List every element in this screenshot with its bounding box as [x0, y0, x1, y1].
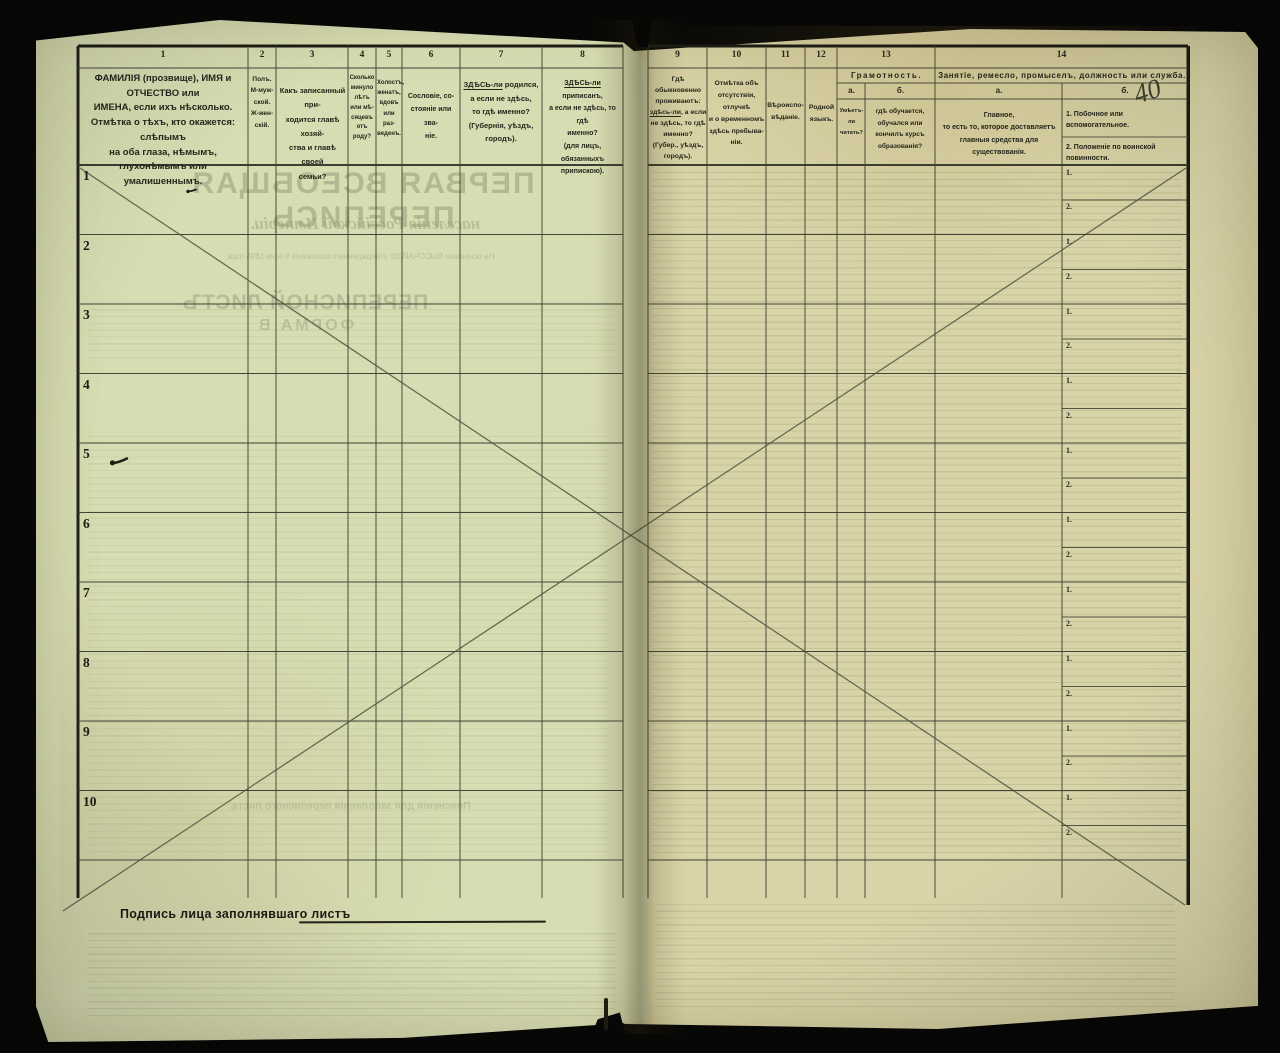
subrow-label: 2. [1066, 828, 1072, 837]
subrow-label: 2. [1066, 411, 1072, 420]
scanned-census-sheet: ПЕРВАЯ ВСЕОБЩАЯ ПЕРЕПИСЬ населенія Россі… [0, 0, 1280, 1053]
subrow-label: 1. [1066, 585, 1072, 594]
subrow-label: 1. [1066, 376, 1072, 385]
subrow-label: 2. [1066, 480, 1072, 489]
row-number-5: 5 [83, 446, 90, 462]
header-literacy-education: гдѣ обучается, обучался или кончилъ курс… [866, 106, 934, 152]
header-marital-column: Холостъ, женатъ, вдовъ или раз- веденъ. [377, 78, 401, 139]
page-right [618, 26, 1258, 1032]
column-number-3: 3 [276, 50, 348, 66]
subrow-label: 1. [1066, 307, 1072, 316]
header-absence-column: Отмѣтка объ отсутствіи, отлучкѣ и о врем… [708, 78, 765, 149]
signature-label: Подпись лица заполнявшаго листъ [120, 907, 351, 921]
subrow-label: 1. [1066, 515, 1072, 524]
header-registration-lead: ЗДѢСЬ-ли [564, 80, 601, 87]
subrow-label: 1. [1066, 168, 1072, 177]
header-language-column: Родной языкъ. [806, 102, 837, 126]
column-number-8: 8 [542, 50, 623, 66]
header-birthplace-column: ЗДѢСЬ-ли родился, а если не здѣсь, то гд… [461, 78, 541, 146]
binding-thread [604, 998, 608, 1030]
header-residence-column: Гдѣ обыкновенно проживаютъ: здѣсь-ли, а … [649, 74, 707, 162]
row-number-10: 10 [83, 794, 97, 810]
header-occupation-a-label: а. [936, 85, 1062, 97]
subrow-label: 2. [1066, 619, 1072, 628]
subrow-label: 1. [1066, 237, 1072, 246]
subrow-label: 2. [1066, 272, 1072, 281]
header-birthplace-lead: ЗДѢСЬ-ли [463, 80, 502, 89]
row-number-4: 4 [83, 377, 90, 393]
header-occupation-side: 1. Побочное или вспомогательное. [1066, 110, 1186, 131]
header-occupation-military: 2. Положеніе по воинской повинности. [1066, 143, 1186, 164]
subrow-label: 2. [1066, 341, 1072, 350]
header-age-column: Сколько минуло лѣтъ или мѣ- сяцевъ отъ р… [349, 74, 375, 143]
row-number-2: 2 [83, 238, 90, 254]
column-number-1: 1 [78, 50, 248, 66]
header-residence-lead: здѣсь-ли [650, 109, 681, 116]
row-number-6: 6 [83, 516, 90, 532]
column-number-11: 11 [766, 50, 805, 66]
row-number-9: 9 [83, 724, 90, 740]
row-number-3: 3 [83, 307, 90, 323]
subrow-label: 1. [1066, 793, 1072, 802]
header-relation-column: Какъ записанный при- ходится главѣ хозяй… [278, 84, 347, 184]
header-occupation-main: Главное, то есть то, которое доставляетъ… [937, 110, 1061, 159]
subrow-label: 2. [1066, 758, 1072, 767]
column-number-2: 2 [248, 50, 276, 66]
column-number-13: 13 [837, 50, 935, 66]
column-number-12: 12 [805, 50, 837, 66]
column-number-7: 7 [460, 50, 542, 66]
header-name-column: ФАМИЛІЯ (прозвище), ИМЯ и ОТЧЕСТВО или И… [80, 72, 246, 190]
row-number-8: 8 [83, 655, 90, 671]
header-estate-column: Сословіе, со- стояніе или зва- ніе. [403, 90, 459, 143]
header-occupation-b-label: б. [1063, 85, 1187, 97]
column-number-5: 5 [376, 50, 402, 66]
subrow-label: 2. [1066, 689, 1072, 698]
header-literacy-group: Грамотность. [838, 70, 935, 82]
column-number-9: 9 [648, 50, 707, 66]
header-registration-rest: приписанъ, а если не здѣсь, то гдѣ именн… [549, 93, 616, 176]
header-registration-column: ЗДѢСЬ-ли приписанъ, а если не здѣсь, то … [543, 78, 622, 179]
column-number-6: 6 [402, 50, 460, 66]
column-number-4: 4 [348, 50, 376, 66]
header-religion-column: Вѣроиспо- вѣданіе. [766, 100, 805, 124]
header-literacy-a-label: а. [838, 85, 865, 97]
column-number-14: 14 [935, 50, 1188, 66]
subrow-label: 1. [1066, 724, 1072, 733]
subrow-label: 1. [1066, 446, 1072, 455]
header-sex-column: Полъ. М-муж- ской. Ж-жен- скій. [248, 74, 276, 131]
header-literacy-read: Умѣетъ- ли читать? [838, 106, 865, 139]
header-birthplace-rest: родился, а если не здѣсь, то гдѣ именно?… [469, 80, 539, 143]
row-number-7: 7 [83, 585, 90, 601]
column-number-10: 10 [707, 50, 766, 66]
fold-gap-top [622, 0, 662, 47]
header-residence-rest: , а если не здѣсь, то гдѣ именно? (Губер… [651, 109, 707, 160]
header-literacy-b-label: б. [866, 85, 935, 97]
subrow-label: 2. [1066, 202, 1072, 211]
subrow-label: 1. [1066, 654, 1072, 663]
header-residence-pre: Гдѣ обыкновенно проживаютъ: [655, 76, 701, 105]
subrow-label: 2. [1066, 550, 1072, 559]
